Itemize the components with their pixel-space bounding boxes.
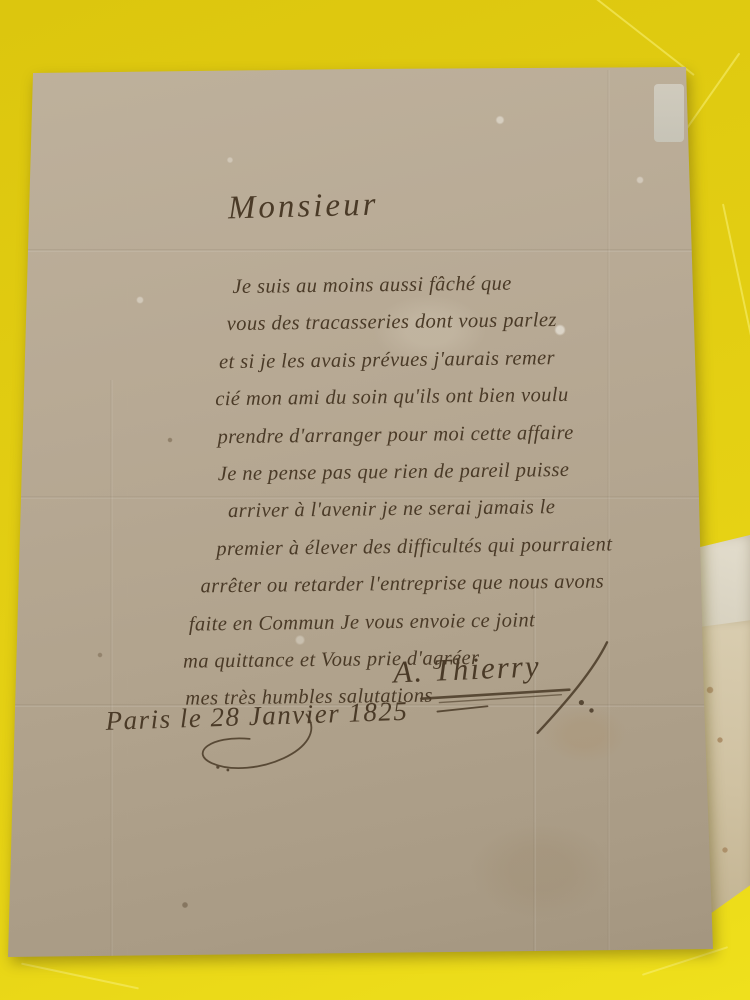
body-line: cié mon ami du soin qu'ils ont bien voul…	[171, 383, 691, 427]
body-line: premier à élever des difficultés qui pou…	[172, 532, 692, 576]
letter-paper-surface: Monsieur Je suis au moins aussi fâché qu…	[0, 0, 750, 1000]
body-line: vous des tracasseries dont vous parlez	[171, 308, 691, 352]
letter-photograph: Monsieur Je suis au moins aussi fâché qu…	[0, 0, 750, 1000]
signature: A. Thierry	[392, 648, 541, 690]
letter-paper: Monsieur Je suis au moins aussi fâché qu…	[0, 0, 750, 1000]
body-line: arrêter ou retarder l'entreprise que nou…	[172, 570, 692, 614]
handwritten-text: Monsieur Je suis au moins aussi fâché qu…	[0, 0, 750, 1000]
salutation: Monsieur	[228, 187, 379, 228]
body-line: arriver à l'avenir je ne serai jamais le	[172, 495, 692, 539]
body-line: prendre d'arranger pour moi cette affair…	[171, 420, 691, 464]
body-line: faite en Commun Je vous envoie ce joint	[173, 607, 693, 651]
stray-thread	[591, 951, 601, 998]
dateline: Paris le 28 Janvier 1825	[105, 696, 409, 737]
